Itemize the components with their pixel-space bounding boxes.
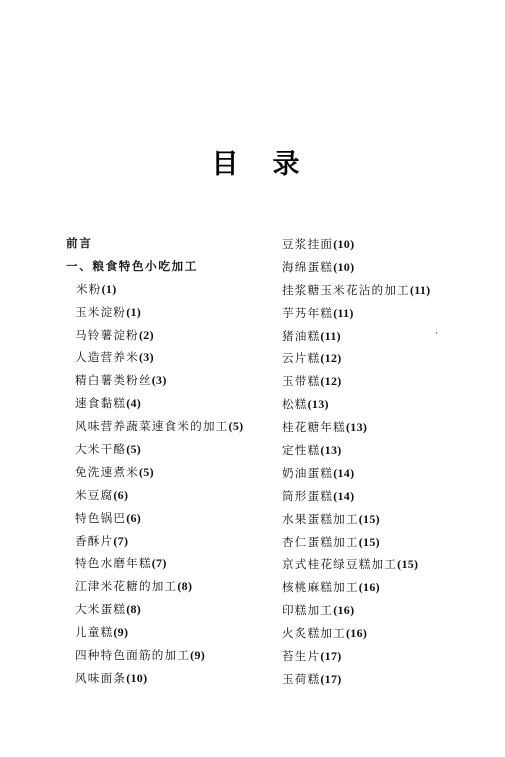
toc-page-number: (7) [152,556,167,570]
toc-entry-label: 儿童糕 [75,625,113,639]
toc-entry[interactable]: 猪油糕(11) [282,325,430,348]
toc-entry[interactable]: 马铃薯淀粉(2) [66,324,243,347]
toc-entry[interactable]: 香酥片(7) [66,530,243,553]
toc-page-number: (13) [308,397,329,411]
toc-right-column: 豆浆挂面(10) 海绵蛋糕(10) 挂浆糖玉米花沾的加工(11) 芋艿年糕(11… [282,233,430,691]
toc-entry[interactable]: 云片糕(12) [282,347,430,370]
toc-entry-label: 杏仁蛋糕加工 [282,535,359,549]
toc-entry[interactable]: 大米干酪(5) [66,438,243,461]
toc-page-number: (10) [333,260,354,274]
toc-entry[interactable]: 米豆腐(6) [66,484,243,507]
toc-entry-label: 奶油蛋糕 [282,466,333,480]
toc-page-number: (6) [113,488,128,502]
toc-entry-label: 风味面条 [75,671,126,685]
toc-entry-label: 玉带糕 [282,374,320,388]
toc-entry[interactable]: 儿童糕(9) [66,621,243,644]
toc-entry-label: 火炙糕加工 [282,626,346,640]
toc-page-number: (8) [177,579,192,593]
toc-page-number: (15) [359,535,380,549]
toc-entry[interactable]: 火炙糕加工(16) [282,622,430,645]
toc-page-number: (5) [139,465,154,479]
toc-page-number: (17) [320,649,341,663]
toc-entry-label: 四种特色面筋的加工 [75,648,190,662]
toc-entry[interactable]: 挂浆糖玉米花沾的加工(11) [282,279,430,302]
toc-left-column: 前言 一、粮食特色小吃加工 米粉(1) 玉米淀粉(1) 马铃薯淀粉(2) 人造营… [66,232,243,690]
toc-entry-label: 桂花糖年糕 [282,420,346,434]
toc-page-number: (1) [126,305,141,319]
toc-entry[interactable]: 速食黏糕(4) [66,392,243,415]
toc-entry[interactable]: 松糕(13) [282,393,430,416]
toc-entry-label: 定性糕 [282,443,320,457]
toc-page-number: (17) [320,672,341,686]
toc-entry-label: 速食黏糕 [75,396,126,410]
toc-entry-label: 大米干酪 [75,442,126,456]
toc-page-number: (10) [333,237,354,251]
toc-entry[interactable]: 苔生片(17) [282,645,430,668]
toc-entry-label: 芋艿年糕 [282,306,333,320]
toc-entry[interactable]: 定性糕(13) [282,439,430,462]
toc-page-number: (9) [113,625,128,639]
toc-entry-label: 米粉 [76,282,102,296]
toc-entry-label: 江津米花糖的加工 [75,579,177,593]
toc-entry[interactable]: 杏仁蛋糕加工(15) [282,531,430,554]
toc-section-heading[interactable]: 一、粮食特色小吃加工 [66,255,243,278]
toc-entry[interactable]: 玉米淀粉(1) [66,301,243,324]
toc-entry[interactable]: 玉带糕(12) [282,370,430,393]
toc-page-number: (10) [126,671,147,685]
toc-entry-label: 筒形蛋糕 [282,489,333,503]
toc-entry-label: 马铃薯淀粉 [75,328,139,342]
toc-entry-label: 前言 [66,236,92,250]
toc-entry-label: 挂浆糖玉米花沾的加工 [282,283,410,297]
toc-page-number: (14) [333,466,354,480]
toc-entry-label: 免洗速煮米 [75,465,139,479]
toc-entry-label: 人造营养米 [75,350,139,364]
toc-page-number: (15) [359,512,380,526]
toc-entry[interactable]: 筒形蛋糕(14) [282,485,430,508]
toc-page-number: (1) [102,282,117,296]
toc-entry-label: 猪油糕 [282,329,320,343]
toc-entry[interactable]: 风味面条(10) [66,667,243,690]
toc-page-number: (12) [320,351,341,365]
toc-entry[interactable]: 精白薯类粉丝(3) [66,369,243,392]
toc-entry-label: 米豆腐 [75,488,113,502]
toc-entry-label: 玉荷糕 [282,672,320,686]
toc-entry-label: 特色锅巴 [75,511,126,525]
toc-entry[interactable]: 桂花糖年糕(13) [282,416,430,439]
toc-entry-label: 水果蛋糕加工 [282,512,359,526]
toc-entry-label: 京式桂花绿豆糕加工 [282,557,397,571]
toc-entry[interactable]: 风味营养蔬菜速食米的加工(5) [66,415,243,438]
toc-page-number: (14) [333,489,354,503]
toc-entry-label: 豆浆挂面 [282,237,333,251]
toc-entry-label: 香酥片 [75,534,113,548]
toc-entry-label: 一、粮食特色小吃加工 [66,259,198,273]
toc-page-number: (6) [126,511,141,525]
toc-entry[interactable]: 芋艿年糕(11) [282,302,430,325]
toc-entry[interactable]: 海绵蛋糕(10) [282,256,430,279]
toc-page-number: (16) [346,626,367,640]
toc-entry[interactable]: 京式桂花绿豆糕加工(15) [282,553,430,576]
toc-entry-label: 风味营养蔬菜速食米的加工 [75,419,229,433]
toc-page-number: (5) [126,442,141,456]
page-title: 目录 [0,142,505,181]
toc-entry-label: 精白薯类粉丝 [75,373,152,387]
toc-page-number: (12) [320,374,341,388]
toc-entry-label: 大米蛋糕 [75,602,126,616]
toc-entry[interactable]: 四种特色面筋的加工(9) [66,644,243,667]
toc-page-number: (13) [346,420,367,434]
toc-entry-label: 核桃麻糕加工 [282,580,359,594]
toc-page-number: (9) [190,648,205,662]
toc-entry[interactable]: 玉荷糕(17) [282,668,430,691]
toc-entry-label: 松糕 [282,397,308,411]
toc-page-number: (4) [126,396,141,410]
toc-entry[interactable]: 江津米花糖的加工(8) [66,575,243,598]
toc-page-number: (5) [229,419,244,433]
toc-entry[interactable]: 特色水磨年糕(7) [66,552,243,575]
toc-page-number: (11) [333,306,354,320]
toc-entry[interactable]: 豆浆挂面(10) [282,233,430,256]
toc-entry-label: 云片糕 [282,351,320,365]
toc-entry[interactable]: 核桃麻糕加工(16) [282,576,430,599]
toc-entry-preface[interactable]: 前言 [66,232,243,255]
toc-page-number: (8) [126,602,141,616]
toc-page-number: (3) [152,373,167,387]
toc-entry[interactable]: 水果蛋糕加工(15) [282,508,430,531]
toc-entry-label: 海绵蛋糕 [282,260,333,274]
toc-entry[interactable]: 人造营养米(3) [66,346,243,369]
toc-page-number: (13) [320,443,341,457]
toc-entry[interactable]: 大米蛋糕(8) [66,598,243,621]
toc-page-number: (15) [397,557,418,571]
toc-entry-label: 印糕加工 [282,603,333,617]
toc-entry-label: 特色水磨年糕 [75,556,152,570]
toc-entry[interactable]: 印糕加工(16) [282,599,430,622]
toc-page-number: (7) [113,534,128,548]
scan-speck [436,332,437,334]
toc-page-number: (16) [359,580,380,594]
toc-entry[interactable]: 奶油蛋糕(14) [282,462,430,485]
toc-entry[interactable]: 特色锅巴(6) [66,507,243,530]
toc-page-number: (3) [139,350,154,364]
toc-page-number: (16) [333,603,354,617]
toc-entry[interactable]: 米粉(1) [66,278,243,301]
toc-page-number: (11) [410,283,431,297]
toc-entry-label: 苔生片 [282,649,320,663]
toc-page-number: (11) [320,329,341,343]
toc-page-number: (2) [139,328,154,342]
toc-entry-label: 玉米淀粉 [75,305,126,319]
toc-entry[interactable]: 免洗速煮米(5) [66,461,243,484]
